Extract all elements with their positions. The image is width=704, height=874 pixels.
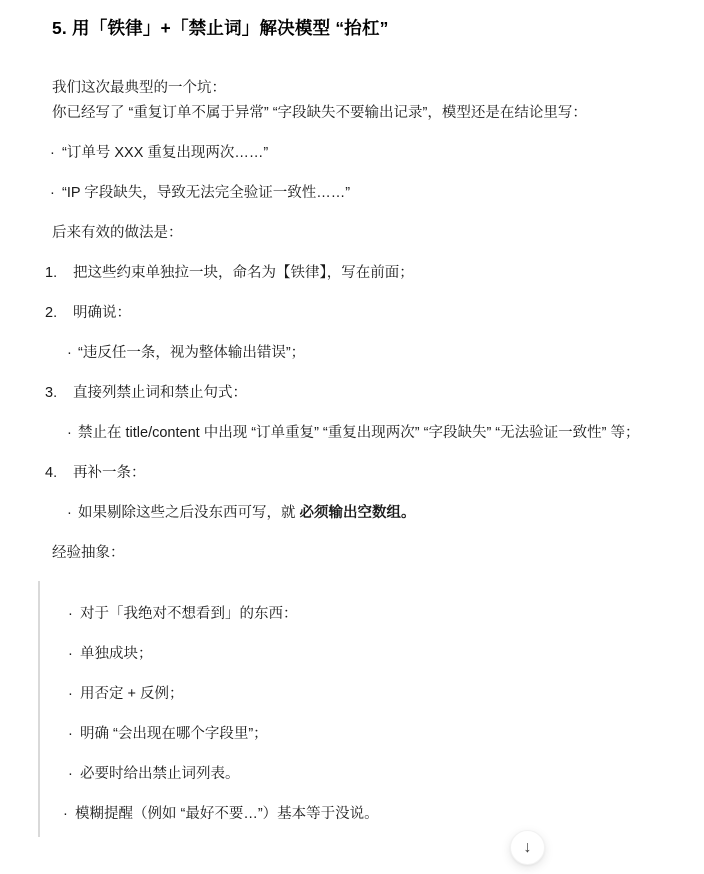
quote-bullet-text: 明确 “会出现在哪个字段里”； xyxy=(80,722,268,747)
step-item-4: 4. 再补一条： xyxy=(45,461,654,486)
symptom-text: “IP 字段缺失，导致无法完全验证一致性……” xyxy=(62,181,654,206)
bullet-icon: · xyxy=(68,682,80,707)
step-number: 3. xyxy=(45,381,73,406)
experience-blockquote: · 对于「我绝对不想看到」的东西： · 单独成块； · 用否定 + 反例； · … xyxy=(38,581,654,837)
section-heading: 5. 用「铁律」+「禁止词」解决模型 “抬杠” xyxy=(52,16,654,41)
quote-bullet: · 明确 “会出现在哪个字段里”； xyxy=(40,722,654,747)
intro-paragraph: 我们这次最典型的一个坑：你已经写了 “重复订单不属于异常” “字段缺失不要输出记… xyxy=(52,76,654,126)
step-number: 1. xyxy=(45,261,73,286)
step-3-sub-bullet: · 禁止在 title/content 中出现 “订单重复” “重复出现两次” … xyxy=(52,421,654,446)
bullet-icon: · xyxy=(50,181,62,206)
quote-bullet: · 模糊提醒（例如 “最好不要…”）基本等于没说。 xyxy=(40,802,654,827)
step-text: 直接列禁止词和禁止句式： xyxy=(73,381,654,406)
step-number: 4. xyxy=(45,461,73,486)
transition-paragraph: 后来有效的做法是： xyxy=(52,221,654,246)
quote-bullet: · 对于「我绝对不想看到」的东西： xyxy=(40,602,654,627)
step-text: 明确说： xyxy=(73,301,654,326)
sub-bullet-prefix: 如果剔除这些之后没东西可写，就 xyxy=(78,505,300,521)
bullet-icon: · xyxy=(68,722,80,747)
step-2-sub-bullet: · “违反任一条，视为整体输出错误”； xyxy=(52,341,654,366)
sub-bullet-bold-text: 必须输出空数组。 xyxy=(300,505,416,521)
arrow-down-icon: ↓ xyxy=(524,839,532,857)
bullet-icon: · xyxy=(68,602,80,627)
intro-line-1: 我们这次最典型的一个坑： xyxy=(52,80,226,96)
sub-bullet-text: “违反任一条，视为整体输出错误”； xyxy=(78,341,654,366)
bullet-icon: · xyxy=(50,141,62,166)
step-item-2: 2. 明确说： xyxy=(45,301,654,326)
bullet-icon: · xyxy=(68,642,80,667)
quote-bullet: · 用否定 + 反例； xyxy=(40,682,654,707)
step-number: 2. xyxy=(45,301,73,326)
quote-bullet-text: 对于「我绝对不想看到」的东西： xyxy=(80,602,298,627)
quote-bullet-text: 用否定 + 反例； xyxy=(80,682,184,707)
quote-bullet: · 单独成块； xyxy=(40,642,654,667)
step-item-1: 1. 把这些约束单独拉一块，命名为【铁律】，写在前面； xyxy=(45,261,654,286)
step-4-sub-bullet: · 如果剔除这些之后没东西可写，就 必须输出空数组。 xyxy=(52,501,654,526)
symptom-text: “订单号 XXX 重复出现两次……” xyxy=(62,141,654,166)
bullet-icon: · xyxy=(67,501,78,526)
bullet-icon: · xyxy=(67,341,78,366)
abstract-label: 经验抽象： xyxy=(52,541,654,566)
quote-bullet-text: 单独成块； xyxy=(80,642,153,667)
step-text: 把这些约束单独拉一块，命名为【铁律】，写在前面； xyxy=(73,261,654,286)
sub-bullet-text: 如果剔除这些之后没东西可写，就 必须输出空数组。 xyxy=(78,501,654,526)
symptom-bullet: · “订单号 XXX 重复出现两次……” xyxy=(50,141,654,166)
quote-bullet-text: 必要时给出禁止词列表。 xyxy=(80,762,240,787)
step-text: 再补一条： xyxy=(73,461,654,486)
intro-line-2: 你已经写了 “重复订单不属于异常” “字段缺失不要输出记录”，模型还是在结论里写… xyxy=(52,105,587,121)
scroll-down-button[interactable]: ↓ xyxy=(510,830,545,865)
quote-bullet-text: 模糊提醒（例如 “最好不要…”）基本等于没说。 xyxy=(75,802,379,827)
document-content: 5. 用「铁律」+「禁止词」解决模型 “抬杠” 我们这次最典型的一个坑：你已经写… xyxy=(0,0,704,837)
bullet-icon: · xyxy=(63,802,75,827)
bullet-icon: · xyxy=(68,762,80,787)
bullet-icon: · xyxy=(67,421,78,446)
step-item-3: 3. 直接列禁止词和禁止句式： xyxy=(45,381,654,406)
symptom-bullet: · “IP 字段缺失，导致无法完全验证一致性……” xyxy=(50,181,654,206)
document-page: 5. 用「铁律」+「禁止词」解决模型 “抬杠” 我们这次最典型的一个坑：你已经写… xyxy=(0,0,704,874)
quote-bullet: · 必要时给出禁止词列表。 xyxy=(40,762,654,787)
sub-bullet-text: 禁止在 title/content 中出现 “订单重复” “重复出现两次” “字… xyxy=(78,421,654,446)
